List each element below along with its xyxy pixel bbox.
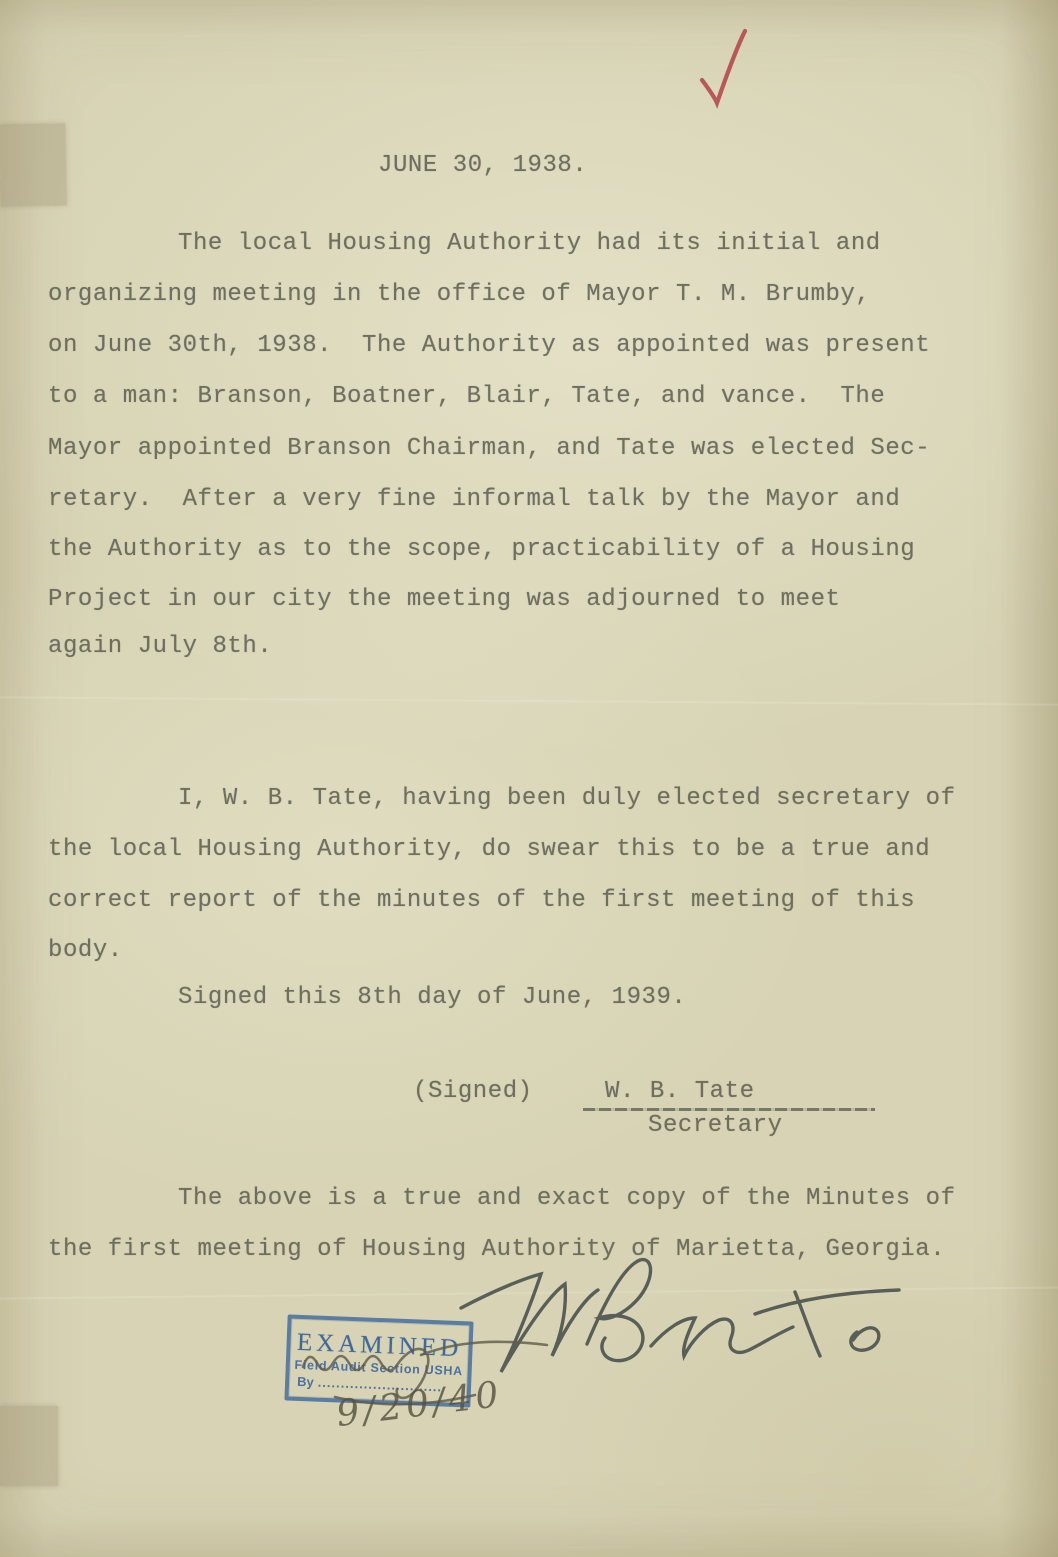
signed-label: (Signed) <box>413 1078 533 1106</box>
scanned-document-page: JUNE 30, 1938. The local Housing Authori… <box>0 0 1058 1557</box>
typed-line: on June 30th, 1938. The Authority as app… <box>48 332 930 360</box>
tape-mark-bottom-left <box>0 1406 58 1486</box>
date-heading: JUNE 30, 1938. <box>378 152 587 180</box>
typed-line: I, W. B. Tate, having been duly elected … <box>178 785 956 813</box>
typed-line: to a man: Branson, Boatner, Blair, Tate,… <box>48 383 885 411</box>
typed-line: again July 8th. <box>48 633 272 661</box>
typed-line: the Authority as to the scope, practicab… <box>48 536 915 564</box>
tape-mark-top-left <box>0 123 67 206</box>
typed-line: The local Housing Authority had its init… <box>178 230 881 258</box>
typed-line: The above is a true and exact copy of th… <box>178 1185 956 1213</box>
typed-line: Project in our city the meeting was adjo… <box>48 586 840 614</box>
typed-line: Mayor appointed Branson Chairman, and Ta… <box>48 435 930 463</box>
typed-line: body. <box>48 937 123 965</box>
signature-underline <box>583 1108 875 1111</box>
typed-signature-name: W. B. Tate <box>605 1078 755 1106</box>
typed-line: retary. After a very fine informal talk … <box>48 486 900 514</box>
signature-title: Secretary <box>648 1112 783 1140</box>
typed-line: correct report of the minutes of the fir… <box>48 887 915 915</box>
typed-line: the local Housing Authority, do swear th… <box>48 836 930 864</box>
typed-line: organizing meeting in the office of Mayo… <box>48 281 870 309</box>
signed-statement-line: Signed this 8th day of June, 1939. <box>178 984 686 1012</box>
red-checkmark-icon <box>688 22 758 112</box>
paper-crease <box>0 696 1058 705</box>
